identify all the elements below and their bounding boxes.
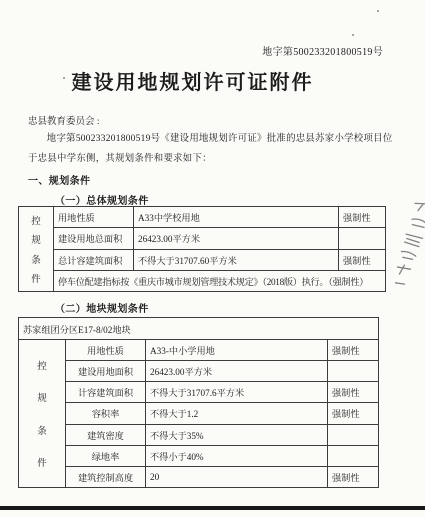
block-conditions-table: 苏家组团分区E17-8/02地块 控 规 条 件 用地性质 A33-中小学用地 … <box>18 317 379 488</box>
mandatory-badge: 强制性 <box>339 249 386 270</box>
salutation: 忠县教育委员会 : <box>28 113 100 127</box>
subsection-heading-overall: （一）总体规划条件 <box>55 192 149 207</box>
condition-value: 不得小于40% <box>146 445 328 466</box>
table-row: 停车位配建指标按《重庆市城市规划管理技术规定》（2018版）执行。（强制性） <box>19 270 386 291</box>
margin-stamp-fragment <box>395 198 425 298</box>
section-heading-planning-conditions: 一、规划条件 <box>28 172 90 187</box>
side-char: 规 <box>37 390 47 404</box>
condition-label: 用地性质 <box>66 340 146 361</box>
mandatory-badge <box>339 228 386 249</box>
side-char: 规 <box>31 232 41 246</box>
condition-label: 总计容建筑面积 <box>54 249 134 270</box>
condition-label: 绿地率 <box>66 445 146 466</box>
table-row: 总计容建筑面积 不得大于31707.60平方米 强制性 <box>19 249 386 270</box>
condition-value: 不得大于1.2 <box>146 403 328 424</box>
parking-footnote: 停车位配建指标按《重庆市城市规划管理技术规定》（2018版）执行。（强制性） <box>54 270 386 291</box>
table-row: 建筑控制高度 20 强制性 <box>19 466 379 487</box>
document-number: 地字第500233201800519号 <box>262 43 383 58</box>
condition-value: 26423.00平方米 <box>134 228 339 249</box>
scan-speck <box>63 77 65 79</box>
mandatory-badge: 强制性 <box>328 403 379 424</box>
document-title: 建设用地规划许可证附件 <box>0 66 385 95</box>
condition-label: 建筑密度 <box>66 424 146 445</box>
mandatory-badge <box>328 361 379 382</box>
scan-edge-line <box>0 506 425 510</box>
condition-value: 不得大于31707.6平方米 <box>146 382 328 403</box>
subsection-heading-block: （二）地块规划条件 <box>55 300 149 315</box>
side-label-control-conditions: 控 规 条 件 <box>19 207 54 292</box>
condition-value: 20 <box>146 466 328 487</box>
condition-value: A33-中小学用地 <box>146 340 328 361</box>
side-label-control-conditions: 控 规 条 件 <box>19 340 66 488</box>
overall-conditions-table: 控 规 条 件 用地性质 A33中学校用地 强制性 建设用地总面积 26423.… <box>18 206 386 292</box>
intro-paragraph: 地字第500233201800519号《建设用地规划许可证》批准的忠县苏家小学校… <box>28 129 402 169</box>
table-row: 控 规 条 件 用地性质 A33-中小学用地 强制性 <box>19 340 379 361</box>
table-row: 控 规 条 件 用地性质 A33中学校用地 强制性 <box>19 207 386 228</box>
condition-value: 不得大于31707.60平方米 <box>134 249 339 270</box>
mandatory-badge: 强制性 <box>328 382 379 403</box>
table-row: 建筑密度 不得大于35% <box>19 424 379 445</box>
side-label-stack: 控 规 条 件 <box>23 207 49 291</box>
condition-value: A33中学校用地 <box>134 207 339 228</box>
side-label-stack: 控 规 条 件 <box>23 340 61 487</box>
condition-label: 建筑控制高度 <box>66 466 146 487</box>
block-parcel-header: 苏家组团分区E17-8/02地块 <box>19 318 379 340</box>
mandatory-badge <box>328 445 379 466</box>
mandatory-badge: 强制性 <box>328 466 379 487</box>
condition-label: 建设用地面积 <box>66 361 146 382</box>
table-row: 绿地率 不得小于40% <box>19 445 379 466</box>
document-page: { "page": { "doc_number": "地字第5002332018… <box>0 0 425 517</box>
side-char: 控 <box>31 213 41 227</box>
table-row: 计容建筑面积 不得大于31707.6平方米 强制性 <box>19 382 379 403</box>
mandatory-badge <box>328 424 379 445</box>
side-char: 件 <box>37 455 47 469</box>
table-row: 建设用地总面积 26423.00平方米 <box>19 228 386 249</box>
scan-speck <box>377 10 379 12</box>
condition-label: 计容建筑面积 <box>66 382 146 403</box>
side-char: 件 <box>31 271 41 285</box>
table-row: 建设用地面积 26423.00平方米 <box>19 361 379 382</box>
side-char: 条 <box>31 252 41 266</box>
side-char: 条 <box>37 423 47 437</box>
mandatory-badge: 强制性 <box>339 207 386 228</box>
mandatory-badge: 强制性 <box>328 340 379 361</box>
condition-label: 用地性质 <box>54 207 134 228</box>
condition-label: 建设用地总面积 <box>54 228 134 249</box>
table-row: 苏家组团分区E17-8/02地块 <box>19 318 379 340</box>
table-row: 容积率 不得大于1.2 强制性 <box>19 403 379 424</box>
condition-value: 26423.00平方米 <box>146 361 328 382</box>
condition-label: 容积率 <box>66 403 146 424</box>
condition-value: 不得大于35% <box>146 424 328 445</box>
side-char: 控 <box>37 358 47 372</box>
scan-speck <box>352 34 354 36</box>
